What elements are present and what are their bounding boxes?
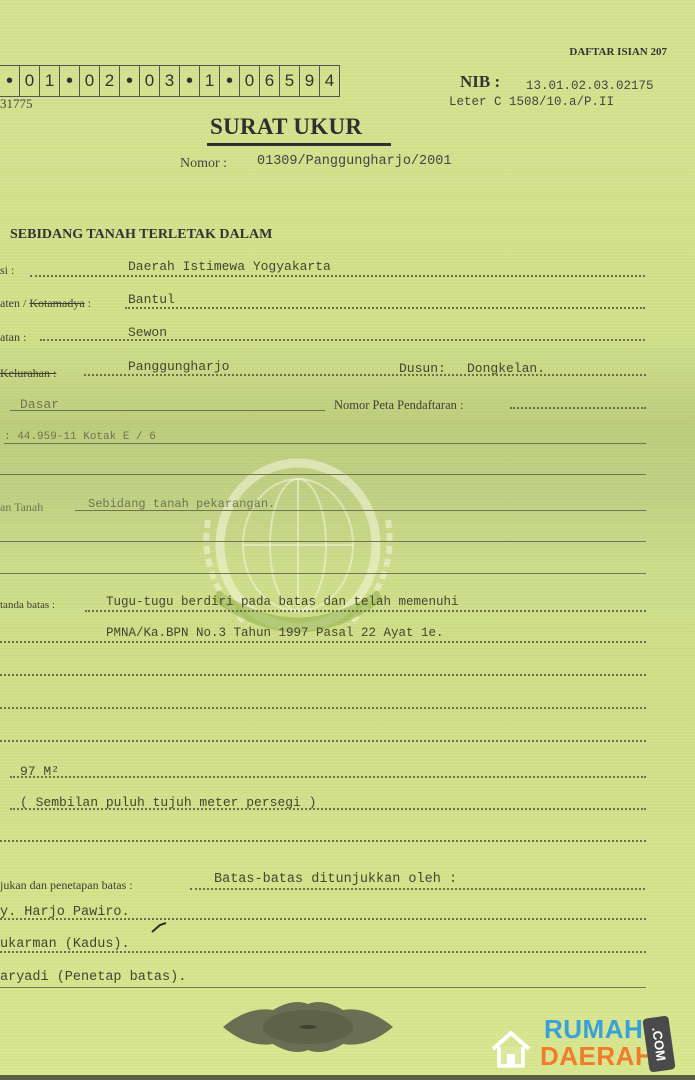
- id-box: 1: [40, 66, 60, 96]
- person-1-line: [0, 918, 646, 920]
- penunjukan-label: jukan dan penetapan batas :: [0, 878, 133, 893]
- paper-shade: [0, 330, 695, 570]
- kotamadya-label: Kotamadya: [29, 296, 84, 310]
- blank-line-6: [0, 740, 646, 742]
- house-icon: [490, 1029, 532, 1069]
- paper-bottom-edge: [0, 1075, 695, 1080]
- nib-value: 13.01.02.03.02175: [526, 79, 654, 93]
- rumahdaerah-logo: RUMAH DAERAH .COM: [488, 1013, 688, 1075]
- kelurahan-value: Panggungharjo: [128, 359, 229, 374]
- id-box: 3: [160, 66, 180, 96]
- id-box: •: [60, 66, 80, 96]
- nib-label: NIB :: [460, 72, 500, 92]
- luas-line: [10, 776, 646, 778]
- tanda-batas-line2: PMNA/Ka.BPN No.3 Tahun 1997 Pasal 22 Aya…: [106, 626, 444, 640]
- id-box: 0: [240, 66, 260, 96]
- lembar-line: [4, 443, 646, 444]
- id-box: •: [0, 66, 20, 96]
- kecamatan-value: Sewon: [128, 325, 167, 340]
- blank-line-1: [0, 474, 646, 475]
- blank-line-5: [0, 707, 646, 709]
- penunjukan-line: [190, 888, 645, 890]
- kelurahan-line: [84, 374, 646, 376]
- title-underline: [207, 143, 391, 146]
- id-number-boxes: •01•02•03•1•06594: [0, 65, 340, 97]
- lembar-value: : 44.959-11 Kotak E / 6: [4, 431, 156, 443]
- section-heading: SEBIDANG TANAH TERLETAK DALAM: [10, 227, 272, 243]
- blank-line-4: [0, 674, 646, 676]
- id-box: 0: [80, 66, 100, 96]
- kecamatan-label: atan :: [0, 330, 26, 345]
- tanda-batas-line1: Tugu-tugu berdiri pada batas dan telah m…: [106, 595, 459, 609]
- tanda-batas-line-2: [0, 641, 646, 643]
- kabupaten-value: Bantul: [128, 292, 175, 307]
- blank-line-3: [0, 573, 646, 574]
- nomor-peta-line: [510, 407, 646, 409]
- id-box: 0: [20, 66, 40, 96]
- keadaan-tanah-line: [75, 510, 646, 511]
- id-box: 5: [280, 66, 300, 96]
- leter-c: Leter C 1508/10.a/P.II: [449, 95, 614, 109]
- propinsi-value: Daerah Istimewa Yogyakarta: [128, 259, 331, 274]
- person-2: ukarman (Kadus).: [0, 937, 130, 952]
- form-code: DAFTAR ISIAN 207: [569, 46, 667, 58]
- person-2-line: [0, 951, 646, 953]
- peta-dasar-line: [10, 410, 325, 411]
- person-3-line: [0, 987, 646, 988]
- id-box: 2: [100, 66, 120, 96]
- id-box: 0: [140, 66, 160, 96]
- id-box: •: [220, 66, 240, 96]
- page-title: SURAT UKUR: [210, 114, 362, 140]
- tanda-batas-line: [85, 610, 646, 612]
- logo-tld-text: .COM: [649, 1026, 669, 1062]
- kabupaten-label-colon: :: [85, 296, 91, 310]
- id-box: •: [180, 66, 200, 96]
- blank-line-2: [0, 541, 646, 542]
- propinsi-label: si :: [0, 263, 14, 278]
- id-sub-number: 31775: [0, 96, 33, 112]
- dusun-value: Dongkelan.: [467, 361, 545, 376]
- dusun-label: Dusun:: [399, 361, 446, 376]
- id-box: •: [120, 66, 140, 96]
- person-3: aryadi (Penetap batas).: [0, 970, 186, 985]
- kabupaten-label: aten / Kotamadya :: [0, 296, 91, 311]
- kabupaten-label-a: aten /: [0, 296, 29, 310]
- id-box: 6: [260, 66, 280, 96]
- nomor-label: Nomor :: [180, 156, 227, 172]
- propinsi-line: [30, 275, 645, 277]
- blank-line-7: [0, 840, 646, 842]
- keadaan-tanah-value: Sebidang tanah pekarangan.: [88, 497, 275, 511]
- nomor-peta-label: Nomor Peta Pendaftaran :: [334, 398, 463, 413]
- keadaan-tanah-label: an Tanah: [0, 500, 43, 515]
- penunjukan-value: Batas-batas ditunjukkan oleh :: [214, 872, 457, 887]
- id-box: 9: [300, 66, 320, 96]
- nomor-value: 01309/Panggungharjo/2001: [257, 154, 451, 169]
- kabupaten-line: [125, 307, 645, 309]
- pen-mark-icon: [150, 920, 170, 936]
- id-box: 1: [200, 66, 220, 96]
- kelurahan-label: Kelurahan :: [0, 366, 56, 381]
- id-box: 4: [320, 66, 340, 96]
- luas-words-line: [10, 808, 646, 810]
- tanda-batas-label: tanda batas :: [0, 599, 55, 611]
- logo-line2: DAERAH: [540, 1041, 654, 1072]
- security-seal-icon: [218, 996, 398, 1058]
